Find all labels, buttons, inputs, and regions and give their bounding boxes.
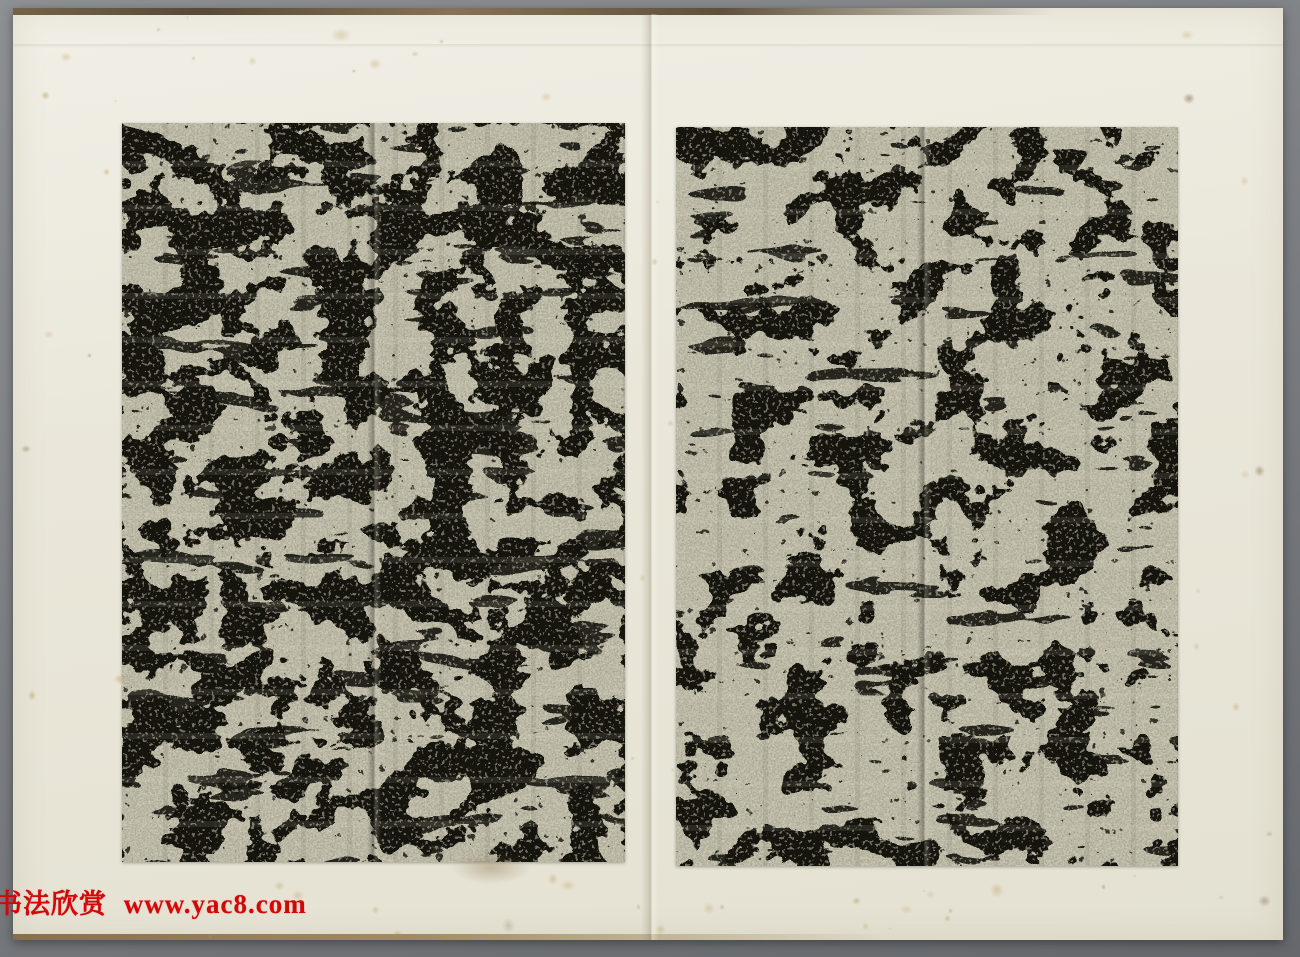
left-rubbing-ink (122, 123, 625, 862)
center-fold (641, 14, 659, 940)
left-rubbing-texture (122, 123, 625, 862)
watermark-text: 书法欣赏 www.yac8.com (0, 889, 307, 920)
album-page-spread (13, 8, 1283, 940)
left-rubbing-panel (122, 123, 625, 862)
book-bottom-edge (13, 934, 927, 940)
right-rubbing-ink (676, 127, 1178, 866)
right-rubbing-texture (676, 127, 1178, 866)
book-top-edge (13, 8, 1054, 15)
scanned-rubbing-photo: { "watermark": { "text": "书法欣赏 www.yac8.… (0, 0, 1300, 957)
right-rubbing-panel (676, 127, 1178, 866)
